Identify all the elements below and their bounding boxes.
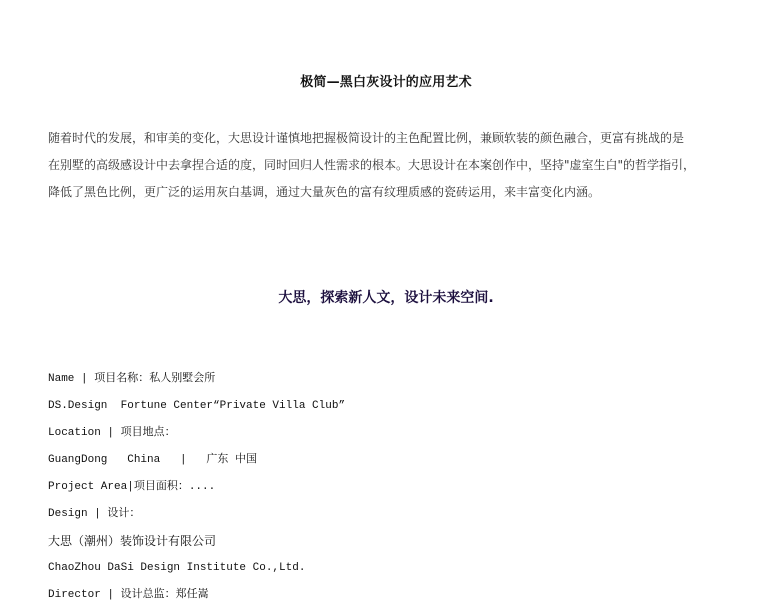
location-label-line: Location | 项目地点：	[48, 425, 345, 452]
project-english-name-line: DS.Design Fortune Center“Private Villa C…	[48, 398, 345, 425]
project-area-line: Project Area|项目面积：....	[48, 479, 345, 506]
director-line: Director | 设计总监：郑任嵩	[48, 587, 345, 614]
intro-line: 随着时代的发展，和审美的变化，大思设计谨慎地把握极简设计的主色配置比例，兼顾软装…	[48, 125, 732, 152]
company-name-en-line: ChaoZhou DaSi Design Institute Co.,Ltd.	[48, 560, 345, 587]
intro-line: 在别墅的高级感设计中去拿捏合适的度，同时回归人性需求的根本。大思设计在本案创作中…	[48, 152, 732, 179]
article-title: 极简—黑白灰设计的应用艺术	[0, 71, 772, 90]
design-label-line: Design | 设计：	[48, 506, 345, 533]
project-name-line: Name | 项目名称：私人别墅会所	[48, 371, 345, 398]
intro-line: 降低了黑色比例，更广泛的运用灰白基调，通过大量灰色的富有纹理质感的瓷砖运用，来丰…	[48, 179, 732, 206]
intro-paragraph: 随着时代的发展，和审美的变化，大思设计谨慎地把握极简设计的主色配置比例，兼顾软装…	[48, 125, 732, 206]
company-name-cn-line: 大思（潮州）装饰设计有限公司	[48, 533, 345, 560]
project-info: Name | 项目名称：私人别墅会所 DS.Design Fortune Cen…	[48, 371, 345, 614]
location-value-line: GuangDong China | 广东 中国	[48, 452, 345, 479]
tagline: 大思，探索新人文，设计未来空间.	[0, 287, 772, 307]
